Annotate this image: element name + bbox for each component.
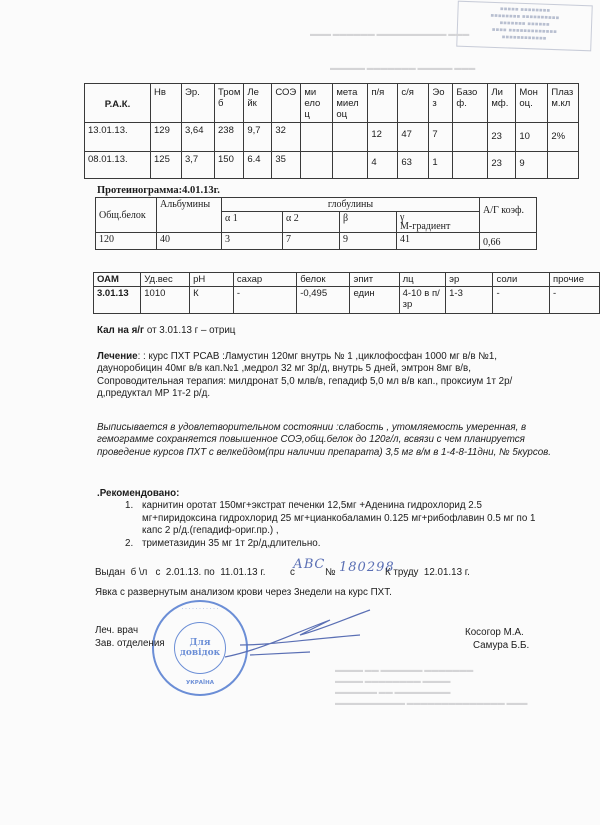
cell-metamyelocytes — [333, 123, 368, 152]
proteinogram-table: Общ.белок Альбумины глобулины А/Г коэф. … — [95, 197, 537, 250]
cell-metamyelocytes — [333, 152, 368, 179]
col-header-total-protein: Общ.белок — [96, 198, 157, 233]
cell-salts: - — [493, 287, 549, 314]
cell-gamma: 41 — [397, 233, 480, 250]
stamp-ring-bottom: УКРАЇНА — [154, 680, 246, 686]
cell-plt: 150 — [215, 152, 244, 179]
cell-sugar: - — [233, 287, 296, 314]
list-item-text: карнитин оротат 150мг+экстрат печенки 12… — [142, 500, 535, 536]
cell-specific-gravity: 1010 — [141, 287, 190, 314]
col-header-ag-ratio: А/Г коэф. — [480, 198, 537, 233]
col-header-gamma: γМ-градиент — [397, 212, 480, 233]
bleedthrough-text: ▬▬▬▬▬ ▬▬▬▬▬▬▬ ▬▬▬▬▬ ▬▬▬ — [330, 64, 475, 72]
stamp-center-line2: довідок — [180, 648, 220, 658]
discharge-condition: Выписывается в удовлетворительном состоя… — [97, 422, 567, 459]
col-header: с/я — [398, 84, 429, 123]
cell-segmented: 63 — [398, 152, 429, 179]
cell-other: - — [549, 287, 599, 314]
col-header: п/я — [368, 84, 398, 123]
col-header: мета миел оц — [333, 84, 368, 123]
col-header: белок — [297, 273, 350, 287]
treatment-text: : : курс ПХТ РСАВ :Ламустин 120мг внутрь… — [97, 351, 512, 399]
col-header: Нв — [151, 84, 182, 123]
stamp-center-line1: Для — [190, 638, 211, 648]
col-header-beta: β — [340, 212, 397, 233]
table-row: 08.01.13. 125 3,7 150 6.4 35 4 63 1 23 9 — [85, 152, 579, 179]
cell-total-protein: 120 — [96, 233, 157, 250]
cell-baso — [453, 123, 488, 152]
corner-stamp-bleedthrough: ▪▪▪▪▪ ▪▪▪▪▪▪▪▪▪▪▪▪▪▪▪▪ ▪▪▪▪▪▪▪▪▪▪▪▪▪▪▪▪▪… — [456, 1, 593, 52]
attending-doctor-name: Косогор М.А. — [465, 627, 524, 639]
sick-leave-number-label: № — [325, 567, 336, 579]
cell-wbc: 9,7 — [244, 123, 272, 152]
cell-myelocytes — [301, 123, 333, 152]
cell-band: 4 — [368, 152, 398, 179]
col-header: ОАМ — [94, 273, 141, 287]
cell-eos: 7 — [429, 123, 453, 152]
urinalysis-table: ОАМ Уд.вес рН сахар белок эпит лц эр сол… — [93, 272, 600, 314]
sick-leave-issued: Выдан б \л с 2.01.13. по 11.01.13 г. — [95, 567, 265, 579]
list-item: 2.триметазидин 35 мг 1т 2р/д,длительно. — [97, 538, 557, 550]
col-header: Уд.вес — [141, 273, 190, 287]
cell-leukocytes: 4-10 в п/зр — [399, 287, 446, 314]
treatment-section: Лечение: : курс ПХТ РСАВ :Ламустин 120мг… — [97, 351, 537, 401]
stool-label: Кал на я/г — [97, 325, 144, 336]
cell-esr: 32 — [272, 123, 301, 152]
cell-plasma: 2% — [548, 123, 579, 152]
stool-test-line: Кал на я/г от 3.01.13 г – отриц — [97, 325, 235, 337]
cell-alpha1: 3 — [222, 233, 283, 250]
follow-up-appointment: Явка с развернутым анализом крови через … — [95, 587, 392, 599]
list-item-text: триметазидин 35 мг 1т 2р/д,длительно. — [142, 538, 320, 549]
col-header: Тром б — [215, 84, 244, 123]
col-header: Ли мф. — [488, 84, 516, 123]
list-item: 1.карнитин оротат 150мг+экстрат печенки … — [97, 500, 557, 537]
col-header-alpha1: α 1 — [222, 212, 283, 233]
gamma-note: М-градиент — [400, 221, 450, 232]
table-header-row: ОАМ Уд.вес рН сахар белок эпит лц эр сол… — [94, 273, 600, 287]
col-header: СОЭ — [272, 84, 301, 123]
col-header: Ле йк — [244, 84, 272, 123]
table-row: 3.01.13 1010 К - -0,495 един 4-10 в п/зр… — [94, 287, 600, 314]
col-header: соли — [493, 273, 549, 287]
list-item-number: 1. — [125, 500, 133, 512]
col-header: эр — [446, 273, 493, 287]
col-header-globulins: глобулины — [222, 198, 480, 212]
return-to-work: К труду 12.01.13 г. — [385, 567, 470, 579]
cell-esr: 35 — [272, 152, 301, 179]
cell-band: 12 — [368, 123, 398, 152]
cell-mono: 9 — [516, 152, 548, 179]
cell-lymph: 23 — [488, 123, 516, 152]
cell-eos: 1 — [429, 152, 453, 179]
col-header: ми ело ц — [301, 84, 333, 123]
cell-beta: 9 — [340, 233, 397, 250]
col-header: Базо ф. — [453, 84, 488, 123]
attending-doctor-label: Леч. врач — [95, 625, 138, 637]
cell-mono: 10 — [516, 123, 548, 152]
cell-date: 08.01.13. — [85, 152, 151, 179]
cell-rbc: 3,64 — [182, 123, 215, 152]
cell-myelocytes — [301, 152, 333, 179]
cell-lymph: 23 — [488, 152, 516, 179]
stamp-center: Для довідок — [174, 622, 226, 674]
cell-ph: К — [190, 287, 234, 314]
table-header-row: Общ.белок Альбумины глобулины А/Г коэф. — [96, 198, 537, 212]
recommendations-title: .Рекомендовано: — [97, 488, 557, 500]
treatment-label: Лечение — [97, 351, 138, 362]
cell-albumins: 40 — [157, 233, 222, 250]
proteinogram-title: Протеинограмма:4.01.13г. — [97, 185, 220, 196]
col-header-albumins: Альбумины — [157, 198, 222, 233]
col-header: прочие — [549, 273, 599, 287]
sick-leave-series-handwritten: АВС — [293, 557, 325, 572]
signature-scribble — [220, 605, 380, 665]
cell-wbc: 6.4 — [244, 152, 272, 179]
cell-alpha2: 7 — [283, 233, 340, 250]
col-header: рН — [190, 273, 234, 287]
col-header: Плаз м.кл — [548, 84, 579, 123]
cell-rbc: 3,7 — [182, 152, 215, 179]
cell-protein: -0,495 — [297, 287, 350, 314]
recommendations-section: .Рекомендовано: 1.карнитин оротат 150мг+… — [97, 488, 557, 550]
col-header-alpha2: α 2 — [283, 212, 340, 233]
cell-segmented: 47 — [398, 123, 429, 152]
col-header: Эр. — [182, 84, 215, 123]
cell-plt: 238 — [215, 123, 244, 152]
col-header: сахар — [233, 273, 296, 287]
cell-date: 13.01.13. — [85, 123, 151, 152]
col-header: эпит — [350, 273, 399, 287]
list-item-number: 2. — [125, 538, 133, 550]
bleedthrough-text: ▬▬▬▬ ▬▬ ▬▬▬▬▬▬ ▬▬▬▬▬▬▬▬▬▬▬ ▬▬▬▬▬▬▬▬ ▬▬▬▬… — [335, 665, 528, 709]
cell-hb: 129 — [151, 123, 182, 152]
head-of-department-name: Самура Б.Б. — [473, 640, 529, 652]
cell-erythrocytes: 1-3 — [446, 287, 493, 314]
cell-hb: 125 — [151, 152, 182, 179]
blood-test-table: Р.А.К. Нв Эр. Тром б Ле йк СОЭ ми ело ц … — [84, 83, 579, 179]
stool-result: от 3.01.13 г – отриц — [144, 325, 235, 336]
col-header: лц — [399, 273, 446, 287]
bleedthrough-text: ▬▬▬ ▬▬▬▬▬▬ ▬▬▬▬▬▬▬▬▬▬ ▬▬▬ — [310, 30, 469, 38]
table-header-row: Р.А.К. Нв Эр. Тром б Ле йк СОЭ ми ело ц … — [85, 84, 579, 123]
col-header: Эо з — [429, 84, 453, 123]
col-header: Р.А.К. — [85, 84, 151, 123]
cell-ag-ratio: 0,66 — [480, 233, 537, 250]
recommendations-list: 1.карнитин оротат 150мг+экстрат печенки … — [97, 500, 557, 550]
col-header: Мон оц. — [516, 84, 548, 123]
cell-epithelium: един — [350, 287, 399, 314]
cell-date: 3.01.13 — [94, 287, 141, 314]
head-of-department-label: Зав. отделения — [95, 638, 165, 650]
table-row: 13.01.13. 129 3,64 238 9,7 32 12 47 7 23… — [85, 123, 579, 152]
cell-plasma — [548, 152, 579, 179]
cell-baso — [453, 152, 488, 179]
table-row: 120 40 3 7 9 41 0,66 — [96, 233, 537, 250]
